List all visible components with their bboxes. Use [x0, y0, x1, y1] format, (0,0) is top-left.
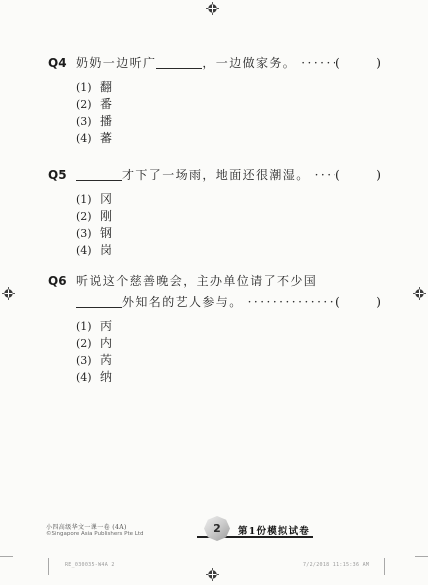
option-number: (4): [76, 371, 100, 384]
fill-in-blank: [156, 57, 202, 69]
question-q5: Q5 才下了一场雨，地面还很潮湿。 ······················…: [48, 166, 381, 258]
option-3: (3)钢: [76, 224, 381, 241]
option-text: 播: [100, 112, 113, 129]
crop-mark: [48, 558, 49, 575]
answer-brackets: (): [335, 167, 381, 182]
option-text: 刚: [100, 207, 113, 224]
registration-mark-icon: [413, 287, 426, 300]
option-text: 芮: [100, 351, 113, 368]
options-list: (1)丙 (2)内 (3)芮 (4)纳: [76, 317, 381, 385]
option-2: (2)番: [76, 95, 381, 112]
option-number: (2): [76, 210, 100, 223]
option-number: (1): [76, 320, 100, 333]
test-paper-page: { "answer": { "open": "(", "close": ")" …: [0, 0, 428, 585]
option-number: (3): [76, 115, 100, 128]
question-q4: Q4 奶奶一边听广，一边做家务。 ·······················…: [48, 54, 381, 146]
option-1: (1)丙: [76, 317, 381, 334]
option-3: (3)播: [76, 112, 381, 129]
question-q6: Q6 听说这个慈善晚会，主办单位请了不少国 外知名的艺人参与。 ········…: [48, 272, 381, 385]
crop-mark: [0, 556, 13, 557]
option-number: (3): [76, 227, 100, 240]
option-number: (4): [76, 132, 100, 145]
registration-mark-icon: [206, 568, 219, 581]
stem-text-line1: 听说这个慈善晚会，主办单位请了不少国: [76, 272, 317, 289]
option-text: 番: [100, 95, 113, 112]
options-list: (1)翻 (2)番 (3)播 (4)蕃: [76, 78, 381, 146]
option-text: 内: [100, 334, 113, 351]
question-number: Q6: [48, 274, 76, 288]
question-stem-line1: Q6 听说这个慈善晚会，主办单位请了不少国: [48, 272, 381, 289]
page-number: 2: [213, 522, 221, 535]
option-number: (2): [76, 337, 100, 350]
stem-text-before: 奶奶一边听广: [76, 56, 156, 70]
option-number: (1): [76, 81, 100, 94]
stem-text-after: ，一边做家务。: [202, 56, 296, 70]
option-text: 冈: [100, 190, 113, 207]
question-stem-line2: 外知名的艺人参与。 ······························…: [48, 293, 381, 310]
stem-text-after: 才下了一场雨，地面还很潮湿。: [122, 168, 310, 182]
option-text: 钢: [100, 224, 113, 241]
option-2: (2)刚: [76, 207, 381, 224]
registration-mark-icon: [206, 2, 219, 15]
dotted-leader: ·······································: [243, 295, 335, 309]
copyright-line: ©Singapore Asia Publishers Pte Ltd: [46, 531, 143, 537]
option-text: 丙: [100, 317, 113, 334]
crop-mark: [415, 556, 428, 557]
book-title: 小四高级华文一课一卷 (4A): [46, 522, 127, 531]
question-number: Q5: [48, 168, 76, 182]
option-text: 翻: [100, 78, 113, 95]
registration-mark-icon: [2, 287, 15, 300]
option-3: (3)芮: [76, 351, 381, 368]
crop-mark: [384, 558, 385, 575]
question-stem: Q5 才下了一场雨，地面还很潮湿。 ······················…: [48, 166, 381, 183]
question-stem: Q4 奶奶一边听广，一边做家务。 ·······················…: [48, 54, 381, 71]
dotted-leader: ·······································: [310, 168, 335, 182]
option-number: (1): [76, 193, 100, 206]
option-4: (4)纳: [76, 368, 381, 385]
option-number: (4): [76, 244, 100, 257]
question-number: Q4: [48, 56, 76, 70]
section-label: 第1份模拟试卷: [238, 523, 310, 537]
answer-brackets: (): [335, 55, 381, 70]
print-slug-timestamp: 7/2/2018 11:15:36 AM: [303, 562, 369, 568]
option-text: 纳: [100, 368, 113, 385]
option-number: (3): [76, 354, 100, 367]
fill-in-blank: [76, 296, 122, 308]
option-1: (1)冈: [76, 190, 381, 207]
option-text: 蕃: [100, 129, 113, 146]
option-2: (2)内: [76, 334, 381, 351]
answer-brackets: (): [335, 294, 381, 309]
print-slug-filename: RE_030035-W4A 2: [65, 562, 115, 568]
dotted-leader: ·······································: [296, 56, 335, 70]
option-number: (2): [76, 98, 100, 111]
fill-in-blank: [76, 169, 122, 181]
option-4: (4)岗: [76, 241, 381, 258]
stem-text-after: 外知名的艺人参与。: [122, 295, 243, 309]
options-list: (1)冈 (2)刚 (3)钢 (4)岗: [76, 190, 381, 258]
option-4: (4)蕃: [76, 129, 381, 146]
option-1: (1)翻: [76, 78, 381, 95]
option-text: 岗: [100, 241, 113, 258]
